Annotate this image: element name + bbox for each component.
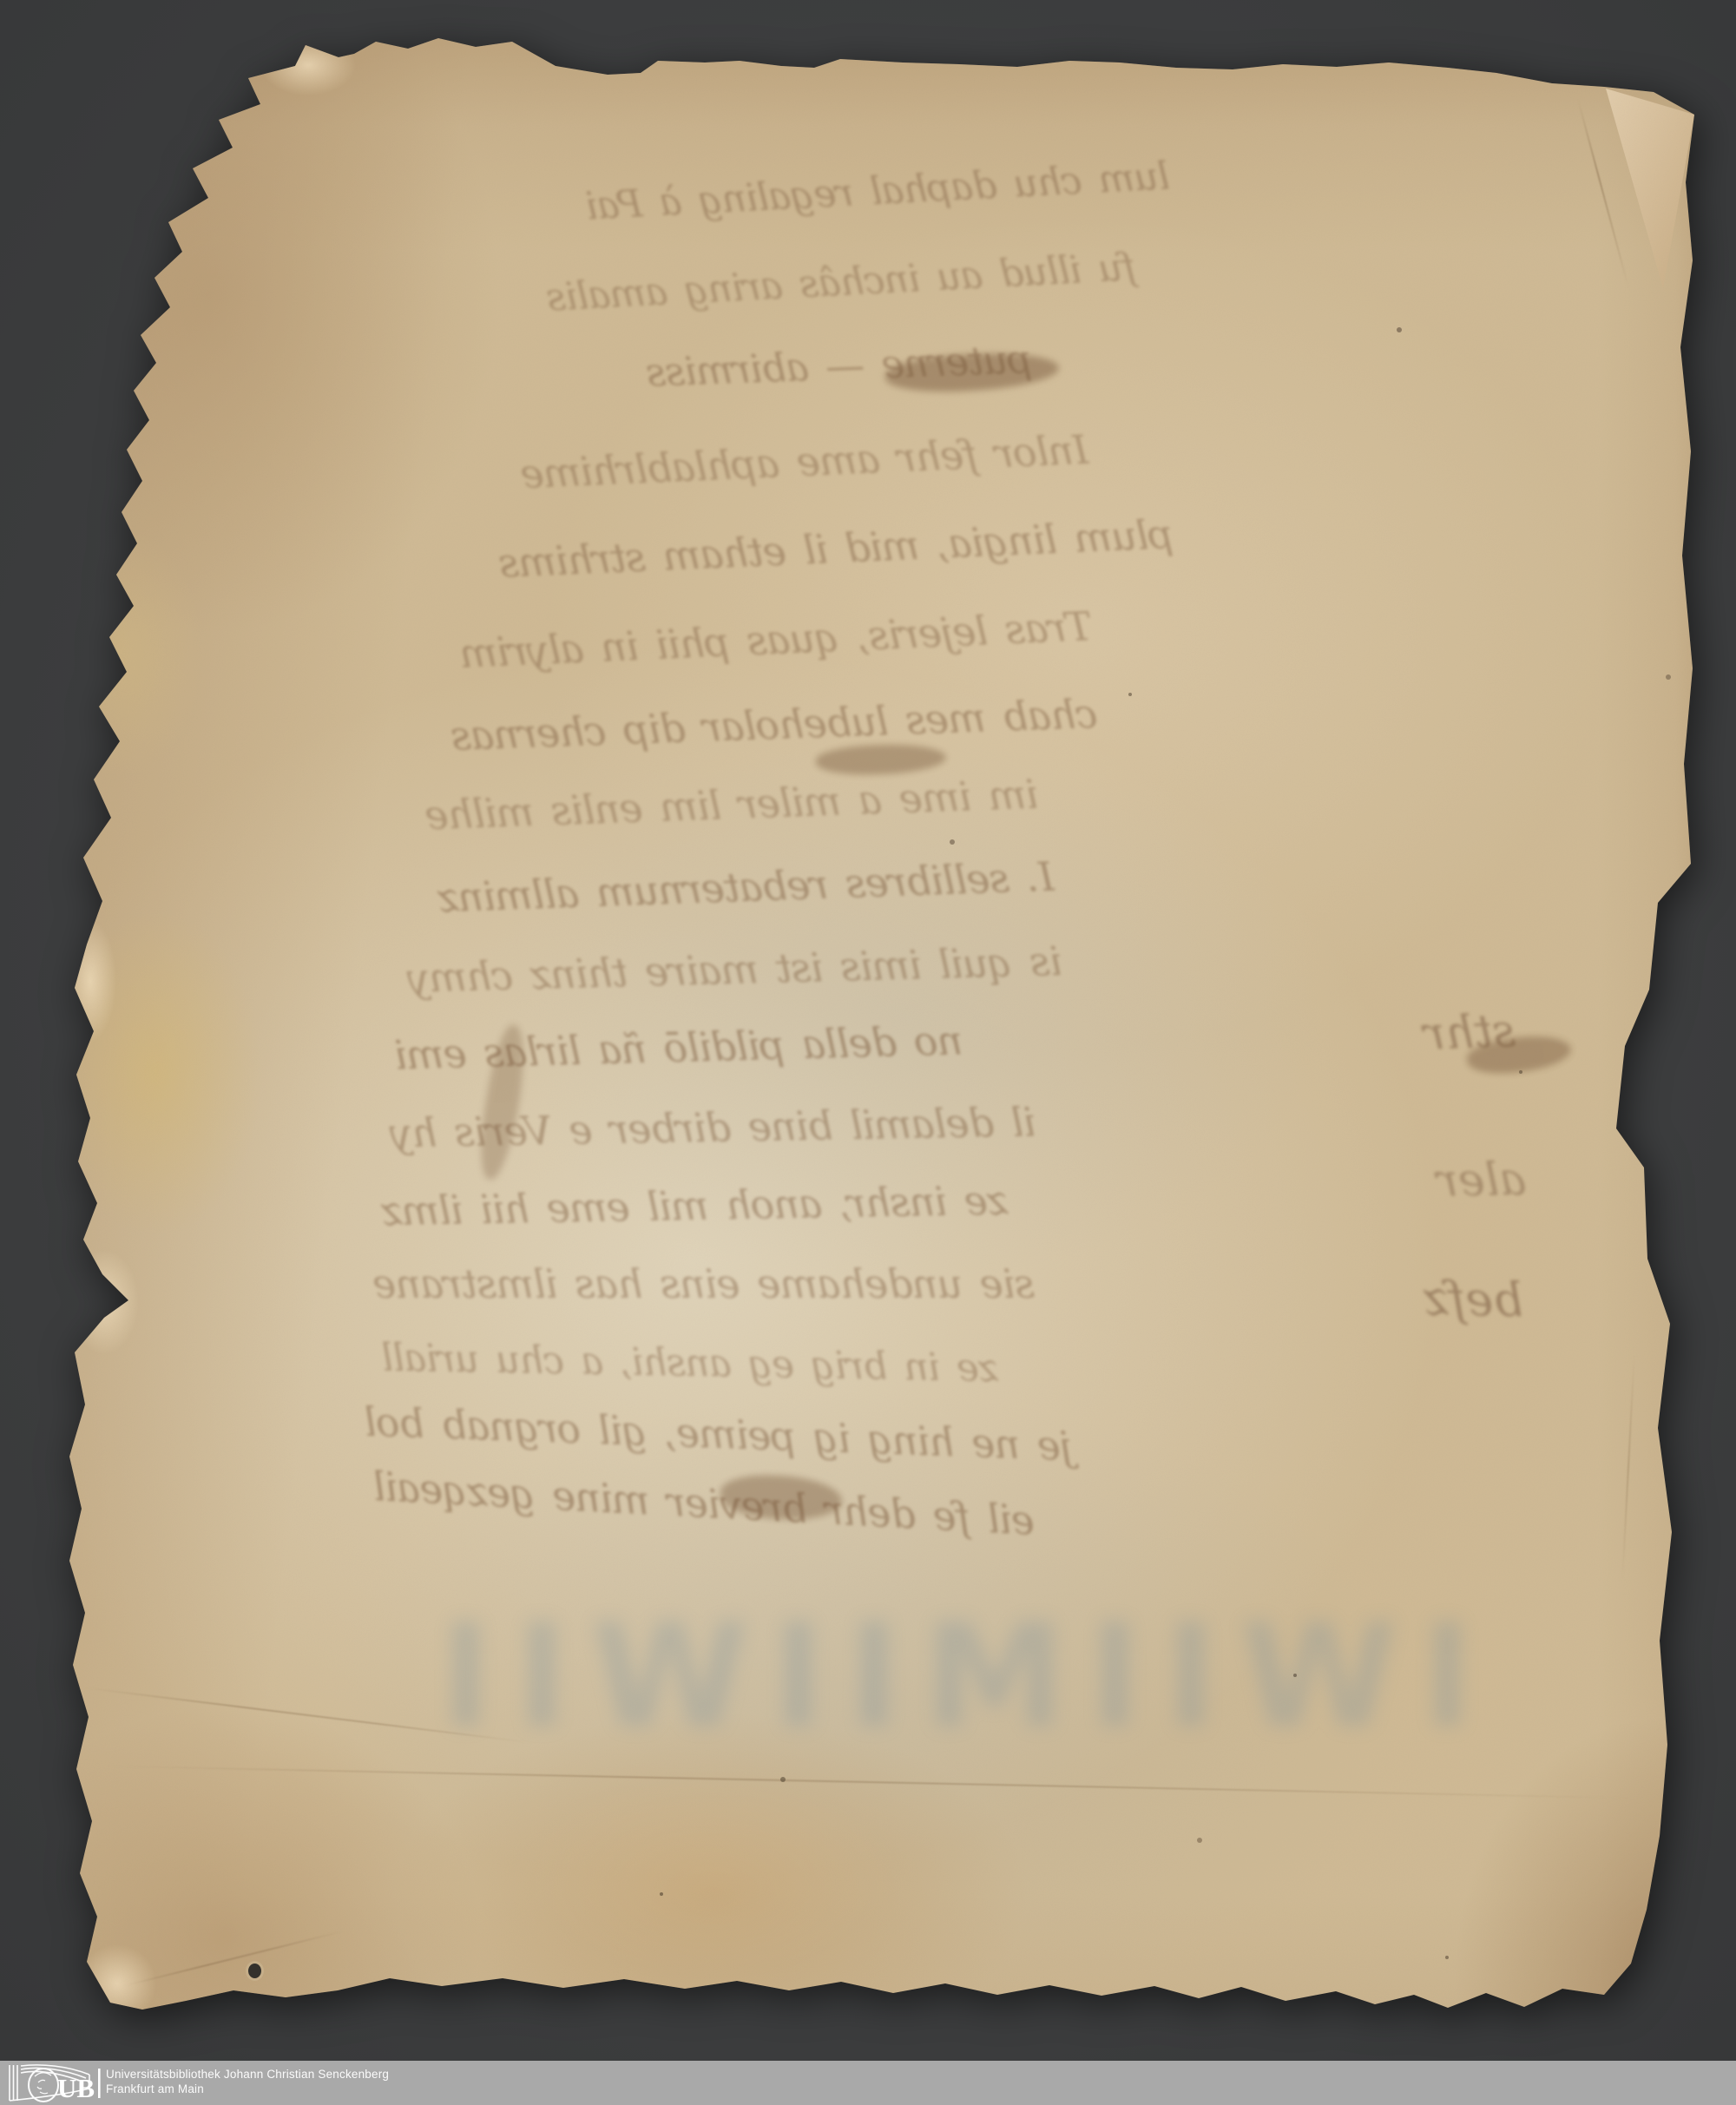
crease-line: [104, 1766, 1632, 1799]
logo-abbr: UB: [57, 2073, 95, 2103]
handwriting-line: Inlor fehr ame aphlablrhime: [520, 426, 1089, 497]
attribution-text: Universitätsbibliothek Johann Christian …: [106, 2067, 389, 2096]
handwriting-line: no della pildilō ña lirlas emi: [394, 1016, 963, 1078]
ub-library-logo-icon: UB: [5, 2062, 104, 2103]
handwriting-fragment: befz: [1423, 1271, 1523, 1327]
handwriting-line: sie undehame eins has ilmstrane: [373, 1260, 1035, 1307]
handwriting-line: plum lingia, mid il etham strhims: [498, 510, 1174, 587]
torn-edge-flap: [73, 182, 134, 286]
handwriting-line: lum chu daphal regaling à Pai: [585, 154, 1171, 228]
crease-line: [125, 1931, 345, 1987]
torn-edge-flap: [260, 35, 356, 95]
crease-line: [1621, 1354, 1635, 1580]
torn-edge-flap: [69, 1250, 139, 1354]
handwriting-line: im ime a miler lim enlis milhe: [424, 771, 1039, 839]
handwriting-line: I. sellibres rebaternum allminz: [437, 853, 1055, 922]
handwriting-line: eil fe dehr brevier mine gezqeail: [372, 1463, 1036, 1544]
handwriting-line: ze in brig eg anshi, a chu uriall: [382, 1336, 999, 1391]
paper-specks: [660, 1892, 663, 1896]
torn-edge-flap: [78, 1944, 156, 2023]
wormhole: [248, 1964, 261, 1978]
ghost-showthrough: IWIIMIIWII: [417, 1593, 1474, 1760]
torn-edge-flap: [64, 920, 116, 1042]
institution-city: Frankfurt am Main: [106, 2082, 389, 2096]
handwriting-fragment: aler: [1436, 1154, 1526, 1207]
institution-name: Universitätsbibliothek Johann Christian …: [106, 2067, 389, 2082]
digitized-scan-viewport: lum chu daphal regaling à Pai fu illud a…: [0, 0, 1736, 2105]
torn-edge-flap: [68, 486, 123, 599]
handwriting-line: ze inshr, anoh mil eme hii ilmz: [382, 1177, 1009, 1235]
handwriting-line: je ne hing ig peime, gil orgnab bol: [364, 1398, 1073, 1470]
paper-shadow: lum chu daphal regaling à Pai fu illud a…: [0, 0, 1736, 2105]
attribution-bar: UB Universitätsbibliothek Johann Christi…: [0, 2061, 1736, 2105]
manuscript-leaf: lum chu daphal regaling à Pai fu illud a…: [0, 0, 1736, 2105]
handwriting-line: chab mes lubeholar dip chernas: [450, 690, 1098, 760]
folded-corner: [1597, 80, 1701, 297]
ink-blot: [815, 741, 947, 778]
handwriting-line: is quil imis ist maire thinz chmy: [407, 937, 1062, 1002]
handwriting-line: Tras lejeris, quas phii in alyrim: [459, 602, 1093, 677]
handwriting-line: fu illud au inchâs aring amalis: [546, 245, 1137, 319]
